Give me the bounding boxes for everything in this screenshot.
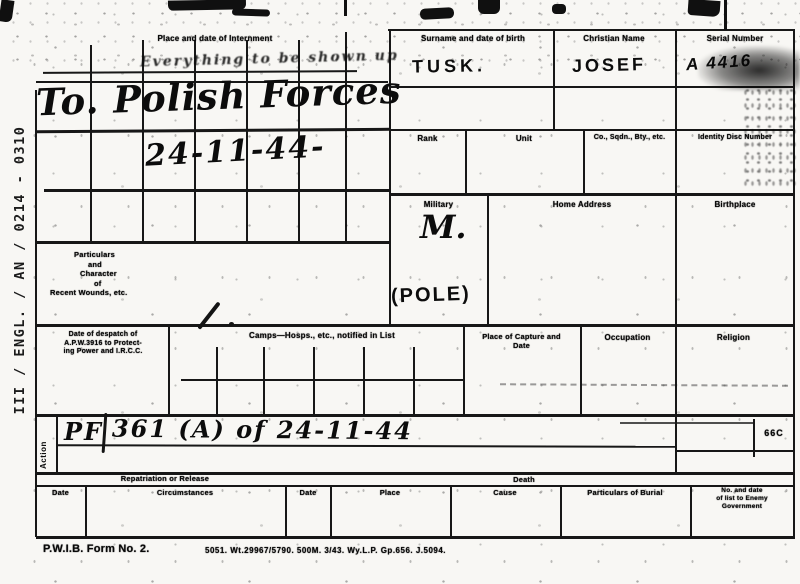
grid-line <box>390 193 795 196</box>
grid-line <box>263 347 265 415</box>
grid-line <box>390 86 795 88</box>
despatch-label-line: ing Power and I.R.C.C. <box>40 348 166 357</box>
grid-line <box>390 129 795 131</box>
grid-line <box>793 29 795 537</box>
action-label: Action <box>39 421 48 469</box>
grid-line <box>313 347 315 415</box>
enemy-list-header: No. and date of list to Enemy Government <box>692 487 792 511</box>
grid-line <box>675 450 795 452</box>
wounds-label-line: of <box>74 279 161 289</box>
tear-mark <box>344 0 347 16</box>
capture-header-line: Place of Capture and <box>465 332 578 341</box>
despatch-label-line: Date of despatch of <box>40 331 166 340</box>
unit-header: Unit <box>467 134 581 143</box>
grid-line <box>413 347 415 415</box>
grid-line <box>675 30 677 325</box>
action-entry: 361 (A) of 24-11-44 <box>112 414 413 446</box>
surname-header: Surname and date of birth <box>398 34 548 43</box>
print-references: 5051. Wt.29967/5790. 500M. 3/43. Wy.L.P.… <box>205 546 625 555</box>
tear-mark <box>687 0 720 17</box>
enemy-list-header-line: No. and date <box>692 487 792 495</box>
occupation-header: Occupation <box>582 333 673 342</box>
grid-line <box>181 379 463 381</box>
nationality-entry: (POLE) <box>391 283 472 309</box>
tear-mark <box>420 7 455 20</box>
death-date-header: Date <box>287 489 329 498</box>
camps-header: Camps—Hosps., etc., notified in List <box>181 331 463 340</box>
repatriation-header: Repatriation or Release <box>95 475 235 484</box>
burial-header: Particulars of Burial <box>562 489 688 498</box>
cause-header: Cause <box>452 489 558 498</box>
action-code: 66C <box>757 428 791 438</box>
despatch-label-line: A.P.W.3916 to Protect- <box>40 340 166 349</box>
scanned-pow-record-card: III / ENGL. / AN / 0214 - 0310 Pl <box>0 0 800 584</box>
place-header: Place <box>332 489 448 498</box>
wounds-label-line: Particulars <box>74 250 161 260</box>
place-internment-header: Place and date of Internment <box>135 34 295 43</box>
tear-mark <box>552 4 566 14</box>
death-header: Death <box>498 476 550 485</box>
circumstances-header: Circumstances <box>87 489 283 498</box>
grid-line <box>753 419 755 457</box>
capture-header-line: Date <box>465 341 578 350</box>
archive-reference-label: III / ENGL. / AN / 0214 - 0310 <box>12 120 28 420</box>
wounds-label: Particulars and Character of Recent Woun… <box>46 250 161 298</box>
tear-mark <box>478 0 500 14</box>
grid-line <box>36 324 795 327</box>
grid-line <box>363 347 365 415</box>
rank-header: Rank <box>392 134 463 143</box>
religion-header: Religion <box>677 333 790 342</box>
wounds-label-line: Recent Wounds, etc. <box>50 288 161 298</box>
tear-mark <box>724 0 727 30</box>
grid-line <box>620 422 753 424</box>
identity-disc-header: Identity Disc Number <box>677 134 793 142</box>
military-status-entry: M. <box>420 208 467 246</box>
grid-line <box>168 325 170 415</box>
faint-pen-line <box>500 383 788 387</box>
grid-line <box>35 90 37 537</box>
christian-name-header: Christian Name <box>560 34 668 43</box>
company-header: Co., Sqdn., Bty., etc. <box>585 134 674 142</box>
home-address-header: Home Address <box>489 200 675 209</box>
grid-line <box>388 29 795 31</box>
birthplace-header: Birthplace <box>677 200 793 209</box>
crossed-out-note: Everything to be shown up <box>140 48 399 71</box>
enemy-list-header-line: Government <box>692 503 792 511</box>
christian-name-entry: JOSEF <box>572 54 647 77</box>
repat-date-header: Date <box>36 489 85 498</box>
form-number: P.W.I.B. Form No. 2. <box>43 543 203 556</box>
pen-dot <box>229 322 234 326</box>
action-prefix-entry: PF <box>64 417 103 446</box>
grid-line <box>553 30 555 130</box>
enemy-list-header-line: of list to Enemy <box>692 495 792 503</box>
serial-number-header: Serial Number <box>682 34 788 43</box>
serial-number-entry: A 4416 <box>685 51 752 76</box>
grid-line <box>36 536 795 539</box>
wounds-label-line: and <box>74 260 161 270</box>
despatch-label: Date of despatch of A.P.W.3916 to Protec… <box>40 331 166 357</box>
tear-mark <box>232 8 270 16</box>
grid-line <box>90 45 92 242</box>
tear-mark <box>0 0 14 23</box>
grid-line <box>487 194 489 325</box>
grid-line <box>216 347 218 415</box>
grid-line <box>36 485 795 487</box>
wounds-label-line: Character <box>74 269 161 279</box>
grid-line <box>675 414 677 473</box>
grid-line <box>56 414 58 473</box>
capture-header: Place of Capture and Date <box>465 332 578 350</box>
surname-entry: TUSK. <box>412 55 486 77</box>
grid-line <box>44 189 390 192</box>
